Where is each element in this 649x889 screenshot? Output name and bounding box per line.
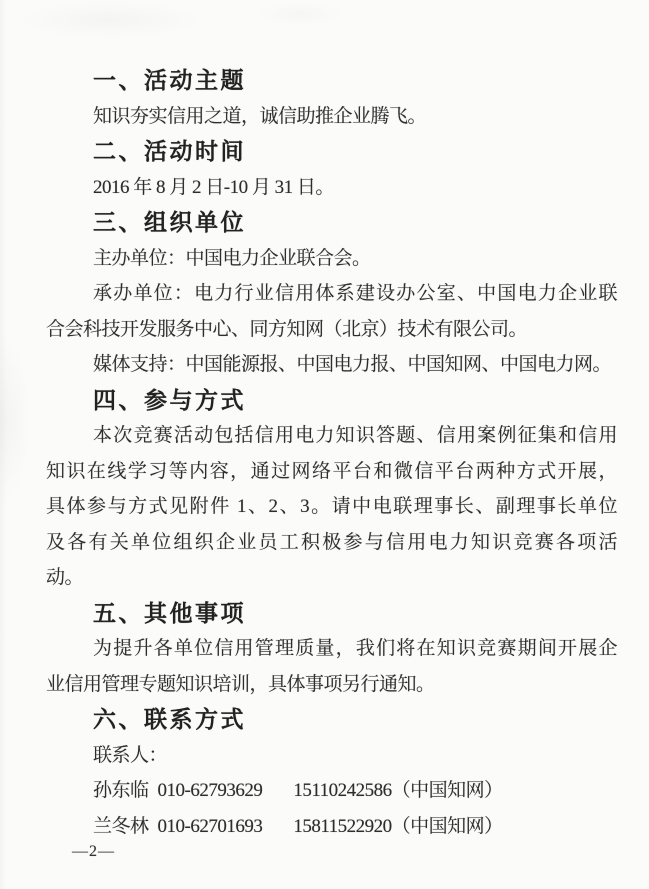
section-heading: 四、参与方式 bbox=[46, 383, 617, 419]
text-line: 知识夯实信用之道，诚信助推企业腾飞。 bbox=[46, 99, 617, 135]
text-line: 承办单位：电力行业信用体系建设办公室、中国电力企业联 bbox=[46, 276, 617, 312]
section-heading: 二、活动时间 bbox=[46, 134, 617, 170]
text-line: 联系人： bbox=[46, 738, 617, 774]
text-line: 动。 bbox=[46, 560, 617, 596]
section-heading: 六、联系方式 bbox=[46, 702, 617, 738]
scanned-page: { "page": { "number": "—2—", "paper_colo… bbox=[0, 0, 649, 889]
contact-mobile: 15110242586 bbox=[293, 780, 391, 801]
section-heading: 五、其他事项 bbox=[46, 596, 617, 632]
contact-row: 兰冬林010-6270169315811522920（中国知网） bbox=[46, 809, 617, 845]
text-line: 合会科技开发服务中心、同方知网（北京）技术有限公司。 bbox=[46, 312, 617, 348]
contact-phone: 010-62701693 bbox=[158, 816, 263, 837]
text-line: 具体参与方式见附件 1、2、3。请中电联理事长、副理事长单位 bbox=[46, 489, 617, 525]
text-line: 知识在线学习等内容，通过网络平台和微信平台两种方式开展， bbox=[46, 454, 617, 490]
text-line: 2016 年 8 月 2 日-10 月 31 日。 bbox=[46, 170, 617, 206]
document-body: 一、活动主题知识夯实信用之道，诚信助推企业腾飞。二、活动时间2016 年 8 月… bbox=[46, 63, 617, 844]
contact-name: 兰冬林 bbox=[93, 816, 149, 837]
contact-name: 孙东临 bbox=[93, 780, 149, 801]
contact-row: 孙东临010-6279362915110242586（中国知网） bbox=[46, 773, 617, 809]
text-line: 媒体支持：中国能源报、中国电力报、中国知网、中国电力网。 bbox=[46, 347, 617, 383]
contact-mobile: 15811522920 bbox=[293, 816, 391, 837]
text-line: 本次竞赛活动包括信用电力知识答题、信用案例征集和信用 bbox=[46, 418, 617, 454]
contact-org: （中国知网） bbox=[392, 816, 503, 837]
section-heading: 三、组织单位 bbox=[46, 205, 617, 241]
text-line: 主办单位：中国电力企业联合会。 bbox=[46, 241, 617, 277]
contact-phone: 010-62793629 bbox=[158, 780, 263, 801]
page-number: —2— bbox=[72, 843, 115, 861]
text-line: 及各有关单位组织企业员工积极参与信用电力知识竞赛各项活 bbox=[46, 525, 617, 561]
text-line: 为提升各单位信用管理质量，我们将在知识竞赛期间开展企 bbox=[46, 631, 617, 667]
section-heading: 一、活动主题 bbox=[46, 63, 617, 99]
contact-org: （中国知网） bbox=[392, 780, 503, 801]
text-line: 业信用管理专题知识培训，具体事项另行通知。 bbox=[46, 667, 617, 703]
